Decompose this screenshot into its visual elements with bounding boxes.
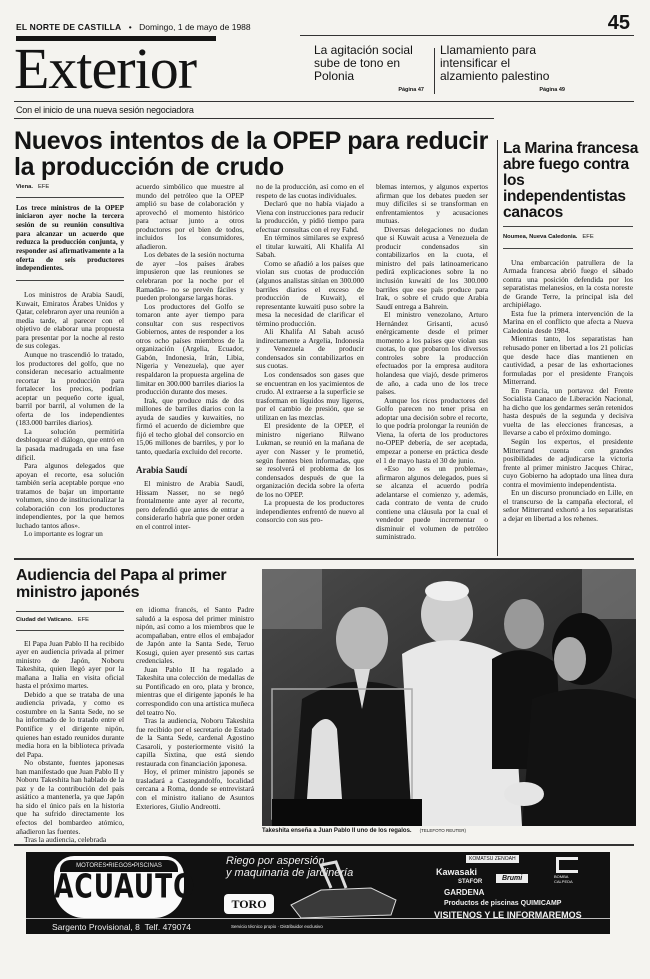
paragraph: El ministro venezolano, Arturo Hernández… bbox=[376, 311, 488, 396]
paragraph: Lo importante es lograr un bbox=[16, 530, 124, 539]
newspaper-name: EL NORTE DE CASTILLA bbox=[16, 22, 121, 32]
byline-place: Ciudad del Vaticano. bbox=[16, 617, 73, 623]
paragraph: El presidente de la OPEP, el ministro ni… bbox=[256, 422, 364, 499]
byline-place: Noumea, Nueva Caledonia. bbox=[503, 234, 577, 240]
paragraph: No obstante, fuentes japonesas han manif… bbox=[16, 759, 124, 836]
pope-article-column-1: Ciudad del Vaticano.EFE El Papa Juan Pab… bbox=[16, 611, 124, 845]
section-rule bbox=[14, 101, 634, 102]
address-text: Sargento Provisional, 8 bbox=[52, 922, 140, 932]
teaser-poland[interactable]: La agitación social sube de tono en Polo… bbox=[314, 44, 424, 97]
section-break-rule bbox=[14, 558, 634, 560]
acuauto-logo: MOTORES•RIEGOS•PISCINAS ACUAUTO bbox=[54, 856, 184, 918]
photo-credit: (TELEFOTO REUTER) bbox=[420, 828, 466, 833]
paragraph: Los ministros de Arabia Saudí, Kuwait, E… bbox=[16, 291, 124, 351]
byline-agency: EFE bbox=[582, 234, 593, 240]
paragraph: Juan Pablo II ha regalado a Takeshita un… bbox=[136, 666, 254, 717]
kicker-rule bbox=[14, 118, 494, 119]
paragraph: en idioma francés, el Santo Padre saludó… bbox=[136, 606, 254, 666]
paragraph: La propuesta de los productores independ… bbox=[256, 499, 364, 525]
paragraph: blemas internos, y algunos expertos afir… bbox=[376, 183, 488, 226]
ad-address: Sargento Provisional, 8 Telf. 479074 bbox=[52, 922, 191, 932]
paragraph: Esta fue la primera intervención de la M… bbox=[503, 310, 633, 336]
teaser-text: Llamamiento para intensificar el alzamie… bbox=[440, 43, 549, 83]
byline-rule bbox=[16, 611, 124, 612]
byline-rule bbox=[16, 630, 124, 631]
section-title: Exterior bbox=[14, 38, 196, 100]
advertisement-acuauto[interactable]: MOTORES•RIEGOS•PISCINAS ACUAUTO Riego po… bbox=[26, 852, 610, 934]
pope-headline: Audiencia del Papa al primer ministro ja… bbox=[16, 567, 241, 601]
top-rule bbox=[300, 35, 634, 36]
paragraph: Debido a que se trataba de una audiencia… bbox=[16, 691, 124, 759]
pope-article-column-2: en idioma francés, el Santo Padre saludó… bbox=[136, 606, 254, 811]
page-number: 45 bbox=[608, 12, 630, 35]
teaser-palestine[interactable]: Llamamiento para intensificar el alzamie… bbox=[440, 44, 565, 97]
brand-komatsu: KOMATSU ZENOAH bbox=[466, 855, 519, 863]
article-lead: Los trece ministros de la OPEP iniciaron… bbox=[16, 204, 124, 274]
brand-stafor: STAFOR bbox=[458, 879, 482, 885]
toro-logo: TORO bbox=[224, 894, 274, 914]
paragraph: El Papa Juan Pablo II ha recibido ayer e… bbox=[16, 640, 124, 691]
main-headline: Nuevos intentos de la OPEP para reducir … bbox=[14, 128, 494, 180]
byline: Noumea, Nueva Caledonia.EFE bbox=[503, 233, 633, 242]
paragraph: Diversas delegaciones no dudan que si Ku… bbox=[376, 226, 488, 311]
paragraph: Como se añadió a los países que violan s… bbox=[256, 260, 364, 328]
byline: Ciudad del Vaticano.EFE bbox=[16, 616, 124, 625]
byline-place: Viena. bbox=[16, 184, 33, 190]
byline-rule bbox=[16, 197, 124, 198]
paragraph: Ali Khalifa Al Sabah acusó indirectament… bbox=[256, 328, 364, 371]
byline-rule bbox=[503, 248, 633, 249]
brand-gardena: GARDENA bbox=[444, 888, 484, 897]
brand-calpeda: BOMBA CALPEDA bbox=[554, 874, 584, 884]
photo-illustration bbox=[262, 569, 636, 826]
brand-brumi: Brumi bbox=[496, 874, 528, 883]
paragraph: El ministro de Arabia Saudí, Hissam Nass… bbox=[136, 480, 244, 531]
article-kicker: Con el inicio de una nueva sesión negoci… bbox=[16, 105, 194, 115]
byline-agency: EFE bbox=[78, 617, 89, 623]
paragraph: no de la producción, así como en el resp… bbox=[256, 183, 364, 200]
paragraph: Los condensados son gases que se encuent… bbox=[256, 371, 364, 422]
ad-service-note: Servicio técnico propio · Distribuidor e… bbox=[231, 924, 323, 929]
lawnmower-icon bbox=[281, 860, 401, 920]
ad-pool-products: Productos de piscinas QUIMICAMP bbox=[444, 900, 561, 907]
paragraph: Aunque los ricos productores del Golfo p… bbox=[376, 397, 488, 465]
news-photo-pope-takeshita bbox=[262, 569, 636, 826]
main-article-column-3: no de la producción, así como en el resp… bbox=[256, 183, 364, 525]
paragraph: Una embarcación patrullera de la Armada … bbox=[503, 259, 633, 310]
paragraph: Hoy, el primer ministro japonés se trasl… bbox=[136, 768, 254, 811]
teaser-divider bbox=[434, 48, 435, 94]
byline: Viena.EFE bbox=[16, 183, 124, 192]
main-article-column-2: acuerdo simbólico que muestre al mundo d… bbox=[136, 183, 244, 531]
lead-rule bbox=[16, 280, 124, 281]
byline-rule bbox=[503, 226, 633, 227]
ad-brand: ACUAUTO bbox=[54, 868, 184, 907]
paragraph: La solución permitiría desbloquear el di… bbox=[16, 428, 124, 462]
side-article-body: Noumea, Nueva Caledonia.EFE Una embarcac… bbox=[503, 226, 633, 524]
photo-caption: Takeshita enseña a Juan Pablo II uno de … bbox=[262, 828, 466, 834]
byline-agency: EFE bbox=[38, 184, 49, 190]
main-article-column-4: blemas internos, y algunos expertos afir… bbox=[376, 183, 488, 542]
ad-separator-rule bbox=[14, 844, 634, 846]
teaser-page-ref: Página 49 bbox=[440, 84, 565, 97]
paragraph: Mientras tanto, los separatistas han reh… bbox=[503, 335, 633, 386]
paragraph: Irak, que produce más de dos millones de… bbox=[136, 397, 244, 457]
calpeda-logo bbox=[556, 857, 578, 873]
teaser-text: La agitación social sube de tono en Polo… bbox=[314, 43, 413, 83]
phone-number: Telf. 479074 bbox=[145, 922, 191, 932]
paragraph: «Eso no es un problema», afirmaron algun… bbox=[376, 465, 488, 542]
bullet-separator: • bbox=[129, 22, 132, 32]
caption-text: Takeshita enseña a Juan Pablo II uno de … bbox=[262, 828, 412, 834]
paragraph: Según los expertos, el presidente Mitter… bbox=[503, 438, 633, 489]
paragraph: En Francia, un portavoz del Frente Socia… bbox=[503, 387, 633, 438]
paragraph: Tras la audiencia, Noboru Takeshita fue … bbox=[136, 717, 254, 768]
paragraph: En un discurso pronunciado en Lille, en … bbox=[503, 489, 633, 523]
issue-date: Domingo, 1 de mayo de 1988 bbox=[139, 22, 251, 32]
main-article-column-1: Viena.EFE Los trece ministros de la OPEP… bbox=[16, 183, 124, 539]
paragraph: Los debates de la sesión nocturna de aye… bbox=[136, 251, 244, 302]
paragraph: Los productores del Golfo se tomaron ant… bbox=[136, 303, 244, 397]
paragraph: acuerdo simbólico que muestre al mundo d… bbox=[136, 183, 244, 251]
side-headline: La Marina francesa abre fuego contra los… bbox=[503, 141, 643, 221]
subheading-arabia-saudi: Arabia Saudí bbox=[136, 466, 244, 475]
brand-kawasaki: Kawasaki bbox=[436, 867, 477, 877]
side-column-divider bbox=[497, 140, 498, 556]
paragraph: Declaró que no había viajado a Viena con… bbox=[256, 200, 364, 234]
paragraph: En términos similares se expresó el titu… bbox=[256, 234, 364, 260]
teaser-page-ref: Página 47 bbox=[314, 84, 424, 97]
paragraph: Para algunos delegados que apoyan el rec… bbox=[16, 462, 124, 530]
paragraph: Aunque no trascendió lo tratado, los pro… bbox=[16, 351, 124, 428]
ad-footer: Sargento Provisional, 8 Telf. 479074 Ser… bbox=[26, 918, 610, 934]
masthead: EL NORTE DE CASTILLA • Domingo, 1 de may… bbox=[16, 22, 251, 32]
